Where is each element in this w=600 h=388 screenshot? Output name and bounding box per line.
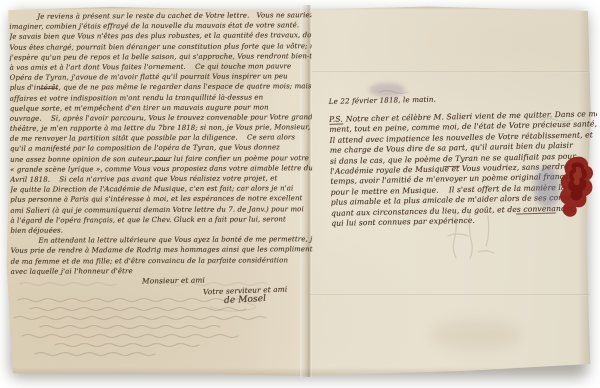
wax-seal [555,155,595,221]
crease-line [310,294,590,296]
crease-line [312,71,588,73]
letter-photo: Je reviens à présent sur le reste du cac… [0,0,600,388]
left-page-text: Je reviens à présent sur le reste du cac… [9,10,312,276]
handwriting-line: de ma femme et de ma fille; et d'être co… [11,255,313,267]
underline-mark [152,160,170,161]
ps-label: P.S. [329,115,343,125]
closing-salutation: Monsieur et ami [142,275,205,285]
handwriting-line: avec laquelle j'ai l'honneur d'être [11,265,313,277]
handwriting-line: à l'égard de l'opéra français, et que le… [10,214,312,226]
